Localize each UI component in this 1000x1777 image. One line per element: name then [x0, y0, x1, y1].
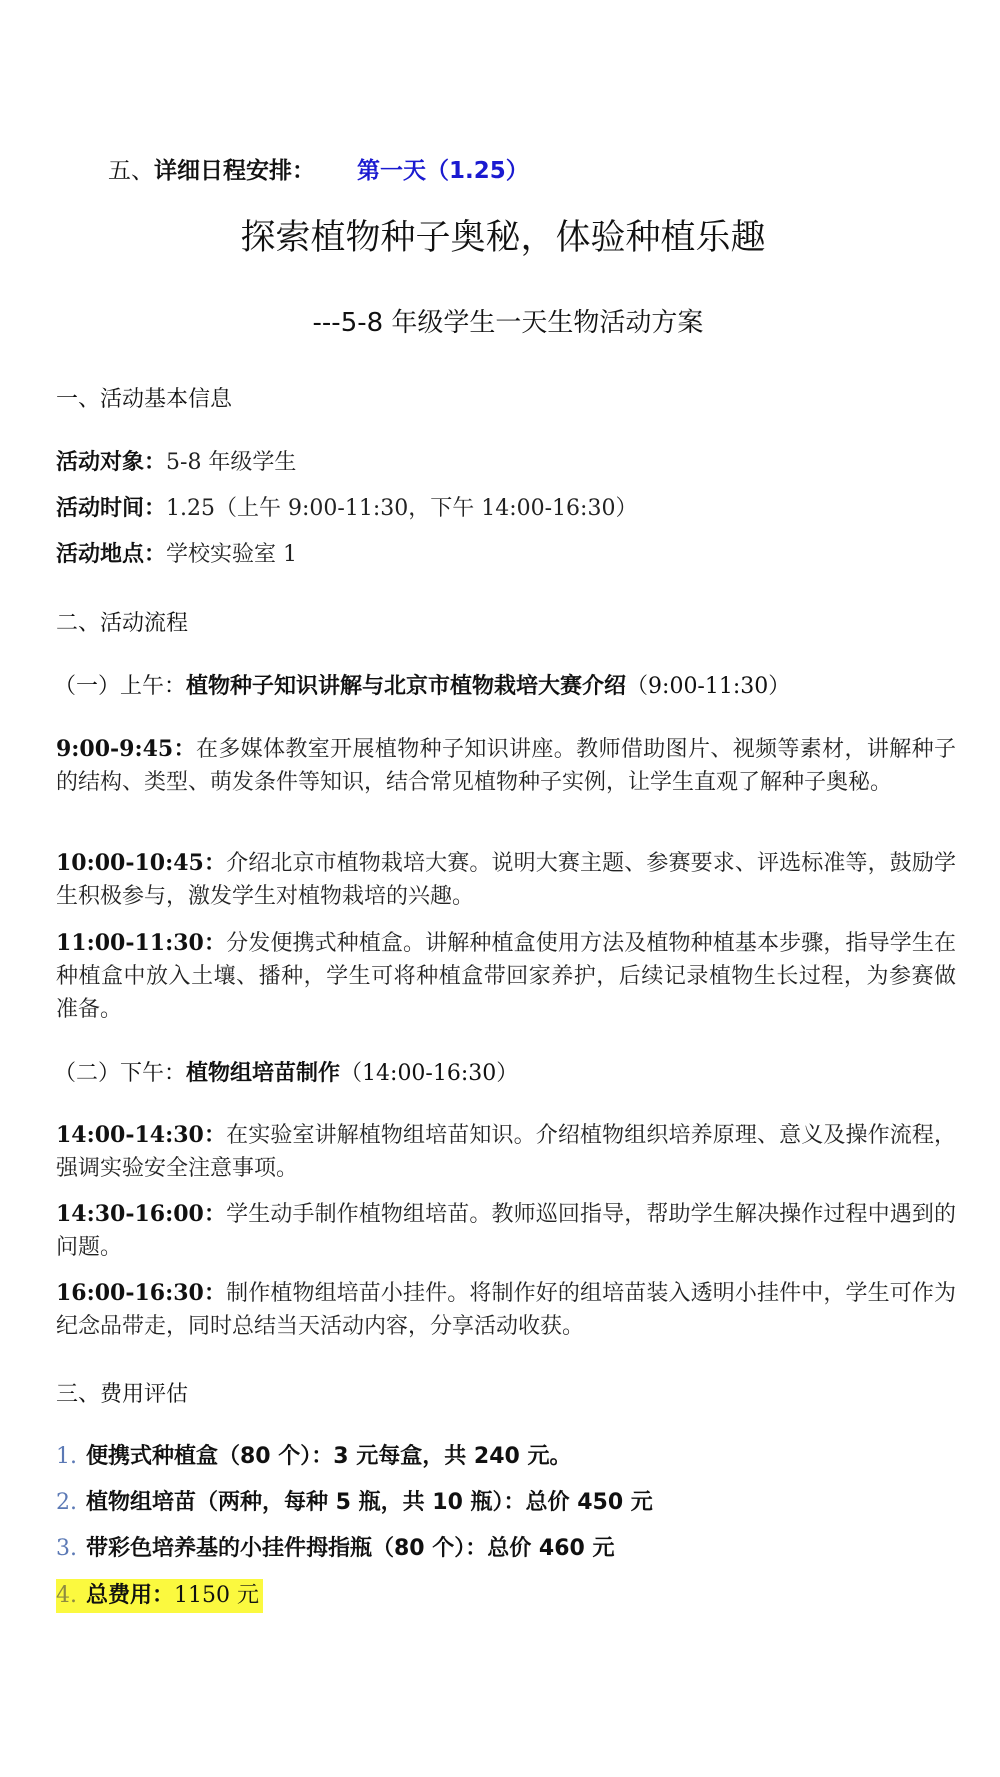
subheading-time: （14:00-16:30） — [340, 1061, 518, 1086]
day-label: 第一天（1.25） — [357, 158, 529, 184]
info-row-time: 活动时间：1.25（上午 9:00-11:30，下午 14:00-16:30） — [56, 492, 637, 526]
document-subtitle: ---5-8 年级学生一天生物活动方案 — [0, 303, 1000, 343]
schedule-time: 10:00-10:45： — [56, 850, 226, 876]
schedule-item: 11:00-11:30：分发便携式种植盒。讲解种植盒使用方法及植物种植基本步骤，… — [56, 927, 956, 1026]
subheading-prefix: （一）上午： — [54, 674, 186, 699]
section-heading-basic-info: 一、活动基本信息 — [56, 383, 232, 417]
info-row-audience: 活动对象：5-8 年级学生 — [56, 446, 296, 480]
info-value: 学校实验室 1 — [166, 542, 297, 567]
info-value: 1.25（上午 9:00-11:30，下午 14:00-16:30） — [166, 496, 637, 521]
cost-item: 2.植物组培苗（两种，每种 5 瓶，共 10 瓶）：总价 450 元 — [56, 1486, 653, 1520]
list-number: 3. — [56, 1532, 86, 1566]
schedule-item: 14:30-16:00：学生动手制作植物组培苗。教师巡回指导，帮助学生解决操作过… — [56, 1198, 956, 1264]
subheading-afternoon: （二）下午：植物组培苗制作（14:00-16:30） — [54, 1057, 518, 1091]
subheading-morning: （一）上午：植物种子知识讲解与北京市植物栽培大赛介绍（9:00-11:30） — [54, 670, 790, 704]
schedule-time: 16:00-16:30： — [56, 1280, 226, 1306]
document-title: 探索植物种子奥秘，体验种植乐趣 — [0, 213, 1000, 263]
cost-text: 带彩色培养基的小挂件拇指瓶（80 个）：总价 460 元 — [86, 1536, 615, 1561]
info-key: 活动地点： — [56, 542, 166, 567]
cost-total-highlighted: 4.总费用：1150 元 — [56, 1579, 263, 1613]
subheading-time: （9:00-11:30） — [626, 674, 790, 699]
document-page: 五、详细日程安排：第一天（1.25） 探索植物种子奥秘，体验种植乐趣 ---5-… — [0, 0, 1000, 1777]
cost-text: 便携式种植盒（80 个）：3 元每盒，共 240 元。 — [86, 1444, 571, 1469]
schedule-header: 五、详细日程安排：第一天（1.25） — [108, 153, 529, 189]
schedule-time: 14:30-16:00： — [56, 1201, 226, 1227]
info-row-location: 活动地点：学校实验室 1 — [56, 538, 297, 572]
subheading-title: 植物组培苗制作 — [186, 1061, 340, 1086]
info-value: 5-8 年级学生 — [166, 450, 296, 475]
schedule-item: 9:00-9:45：在多媒体教室开展植物种子知识讲座。教师借助图片、视频等素材，… — [56, 733, 956, 799]
schedule-item: 14:00-14:30：在实验室讲解植物组培苗知识。介绍植物组织培养原理、意义及… — [56, 1119, 956, 1185]
section-heading-cost: 三、费用评估 — [56, 1378, 188, 1412]
schedule-item: 16:00-16:30：制作植物组培苗小挂件。将制作好的组培苗装入透明小挂件中，… — [56, 1277, 956, 1343]
info-key: 活动对象： — [56, 450, 166, 475]
section-label: 详细日程安排： — [154, 158, 315, 184]
schedule-time: 11:00-11:30： — [56, 930, 226, 956]
subheading-title: 植物种子知识讲解与北京市植物栽培大赛介绍 — [186, 674, 626, 699]
cost-total-label: 总费用： — [86, 1583, 174, 1608]
list-number: 1. — [56, 1440, 86, 1474]
list-number: 4. — [56, 1579, 86, 1613]
schedule-item: 10:00-10:45：介绍北京市植物栽培大赛。说明大赛主题、参赛要求、评选标准… — [56, 847, 956, 913]
subheading-prefix: （二）下午： — [54, 1061, 186, 1086]
schedule-time: 14:00-14:30： — [56, 1122, 226, 1148]
schedule-time: 9:00-9:45： — [56, 736, 196, 762]
cost-total-value: 1150 元 — [174, 1583, 259, 1608]
info-key: 活动时间： — [56, 496, 166, 521]
list-number: 2. — [56, 1486, 86, 1520]
cost-text: 植物组培苗（两种，每种 5 瓶，共 10 瓶）：总价 450 元 — [86, 1490, 653, 1515]
section-heading-process: 二、活动流程 — [56, 607, 188, 641]
section-number: 五、 — [108, 158, 154, 184]
cost-item: 3.带彩色培养基的小挂件拇指瓶（80 个）：总价 460 元 — [56, 1532, 615, 1566]
cost-item: 1.便携式种植盒（80 个）：3 元每盒，共 240 元。 — [56, 1440, 571, 1474]
